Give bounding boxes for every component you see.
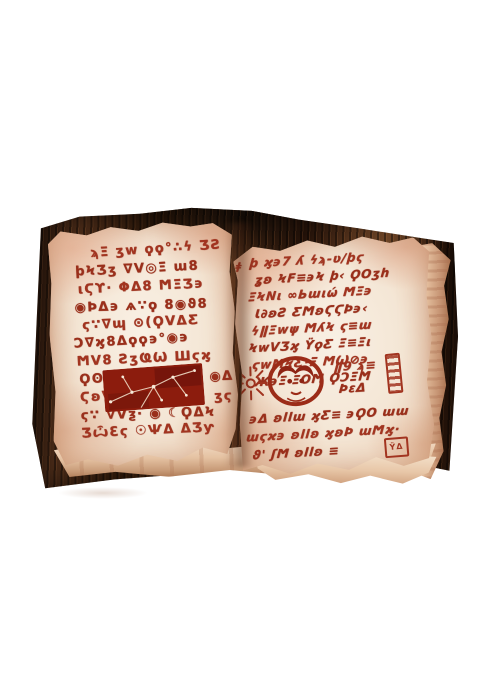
open-book-photo: ϡΞ ʒw ϙϙ°∴ϟ ƷƧ ϸϞƷʒ ∇V◎Ξ ɯ8 ιϚϒ· ΦΔ8 ϺΞӠ…: [28, 205, 458, 497]
left-page-glyph-rows: ϡΞ ʒw ϙϙ°∴ϟ ƷƧ ϸϞƷʒ ∇V◎Ξ ɯ8 ιϚϒ· ΦΔ8 ϺΞӠ…: [74, 240, 231, 444]
constellation-drawing: [102, 363, 205, 412]
book-gutter-shadow: [224, 223, 254, 467]
glyph-fragment: ϷεΔ: [338, 379, 367, 397]
photo-background: { "scene": { "description": "Open ancien…: [0, 0, 486, 689]
horned-demon-seal: [264, 353, 328, 411]
glyph-row: ϑ' ʃϺ ʚllʚ ≡: [252, 442, 340, 463]
ground-shadow: [58, 487, 148, 499]
glyph-fragment: ǁ9 ϡ≡: [334, 357, 377, 375]
square-stamp-glyph: ΫΔ: [384, 436, 410, 458]
left-parchment-page: ϡΞ ʒw ϙϙ°∴ϟ ƷƧ ϸϞƷʒ ∇V◎Ξ ɯ8 ιϚϒ· ΦΔ8 ϺΞӠ…: [45, 218, 240, 471]
right-parchment-page: ǂ ϸ ϗ϶7 ʎ ϟϡ-ʋ/ϸϛ ʓʚ ϞϜ≡϶Ϟ ϸ‹ ϘOӡh ΞϞNι …: [233, 232, 436, 477]
red-constellation-block: [102, 363, 205, 412]
